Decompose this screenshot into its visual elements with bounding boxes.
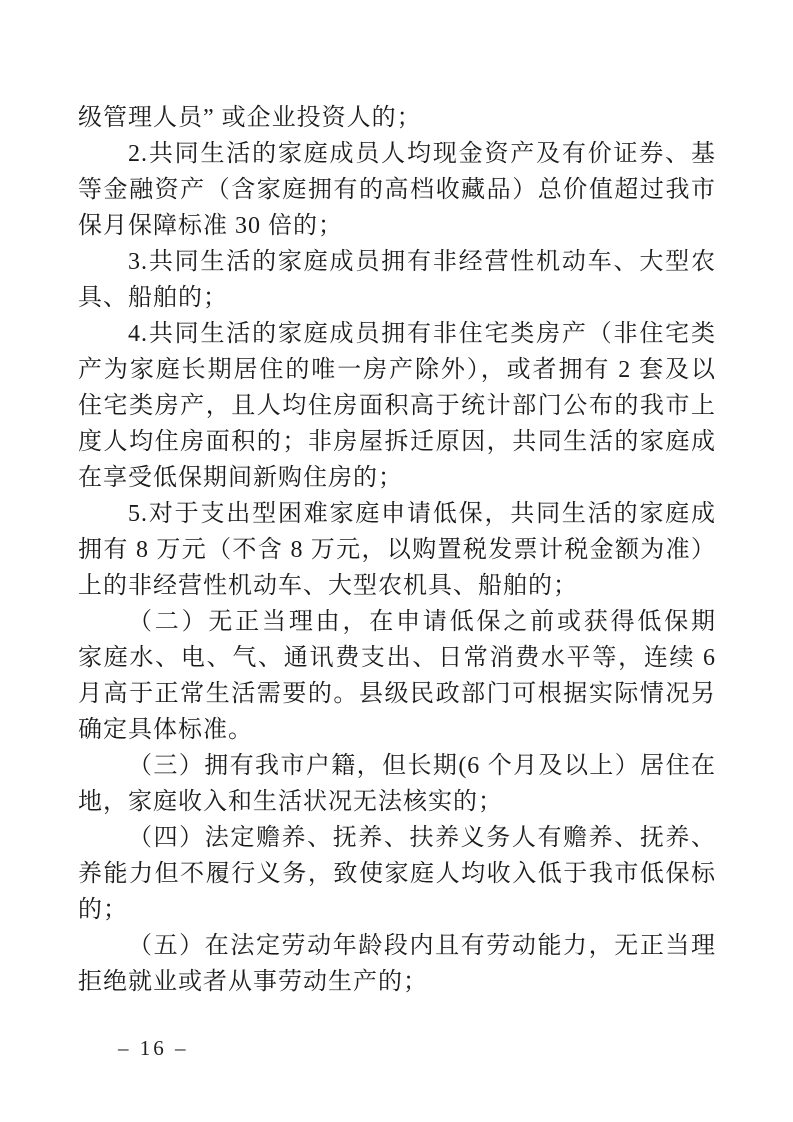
text-line: （三）拥有我市户籍，但长期(6 个月及以上）居住在外 [78, 748, 716, 784]
text-line: 家庭水、电、气、通讯费支出、日常消费水平等，连续 6 个 [78, 640, 716, 676]
document-page: 级管理人员” 或企业投资人的；2.共同生活的家庭成员人均现金资产及有价证券、基金… [0, 0, 793, 1122]
text-line: 具、船舶的； [78, 280, 716, 316]
text-line: 2.共同生活的家庭成员人均现金资产及有价证券、基金 [78, 136, 716, 172]
text-line: 5.对于支出型困难家庭申请低保，共同生活的家庭成员 [78, 496, 716, 532]
text-line: 上的非经营性机动车、大型农机具、船舶的； [78, 568, 716, 604]
text-line: 地，家庭收入和生活状况无法核实的； [78, 784, 716, 820]
text-line: 月高于正常生活需要的。县级民政部门可根据实际情况另行 [78, 676, 716, 712]
text-line: 在享受低保期间新购住房的； [78, 460, 716, 496]
text-line: （二）无正当理由，在申请低保之前或获得低保期间， [78, 604, 716, 640]
text-line: 拒绝就业或者从事劳动生产的； [78, 964, 716, 1000]
text-line: 养能力但不履行义务，致使家庭人均收入低于我市低保标准 [78, 856, 716, 892]
text-line: 保月保障标准 30 倍的； [78, 208, 716, 244]
text-line: 级管理人员” 或企业投资人的； [78, 100, 716, 136]
document-body: 级管理人员” 或企业投资人的；2.共同生活的家庭成员人均现金资产及有价证券、基金… [78, 100, 716, 1000]
text-line: 的； [78, 892, 716, 928]
text-line: 产为家庭长期居住的唯一房产除外），或者拥有 2 套及以上 [78, 352, 716, 388]
text-line: （四）法定赡养、抚养、扶养义务人有赡养、抚养、扶 [78, 820, 716, 856]
text-line: 住宅类房产，且人均住房面积高于统计部门公布的我市上年 [78, 388, 716, 424]
text-line: （五）在法定劳动年龄段内且有劳动能力，无正当理由 [78, 928, 716, 964]
text-line: 4.共同生活的家庭成员拥有非住宅类房产（非住宅类房 [78, 316, 716, 352]
text-line: 确定具体标准。 [78, 712, 716, 748]
page-number: – 16 – [118, 1036, 189, 1061]
text-line: 等金融资产（含家庭拥有的高档收藏品）总价值超过我市低 [78, 172, 716, 208]
text-line: 3.共同生活的家庭成员拥有非经营性机动车、大型农机 [78, 244, 716, 280]
text-line: 拥有 8 万元（不含 8 万元，以购置税发票计税金额为准）以 [78, 532, 716, 568]
text-line: 度人均住房面积的；非房屋拆迁原因，共同生活的家庭成员 [78, 424, 716, 460]
